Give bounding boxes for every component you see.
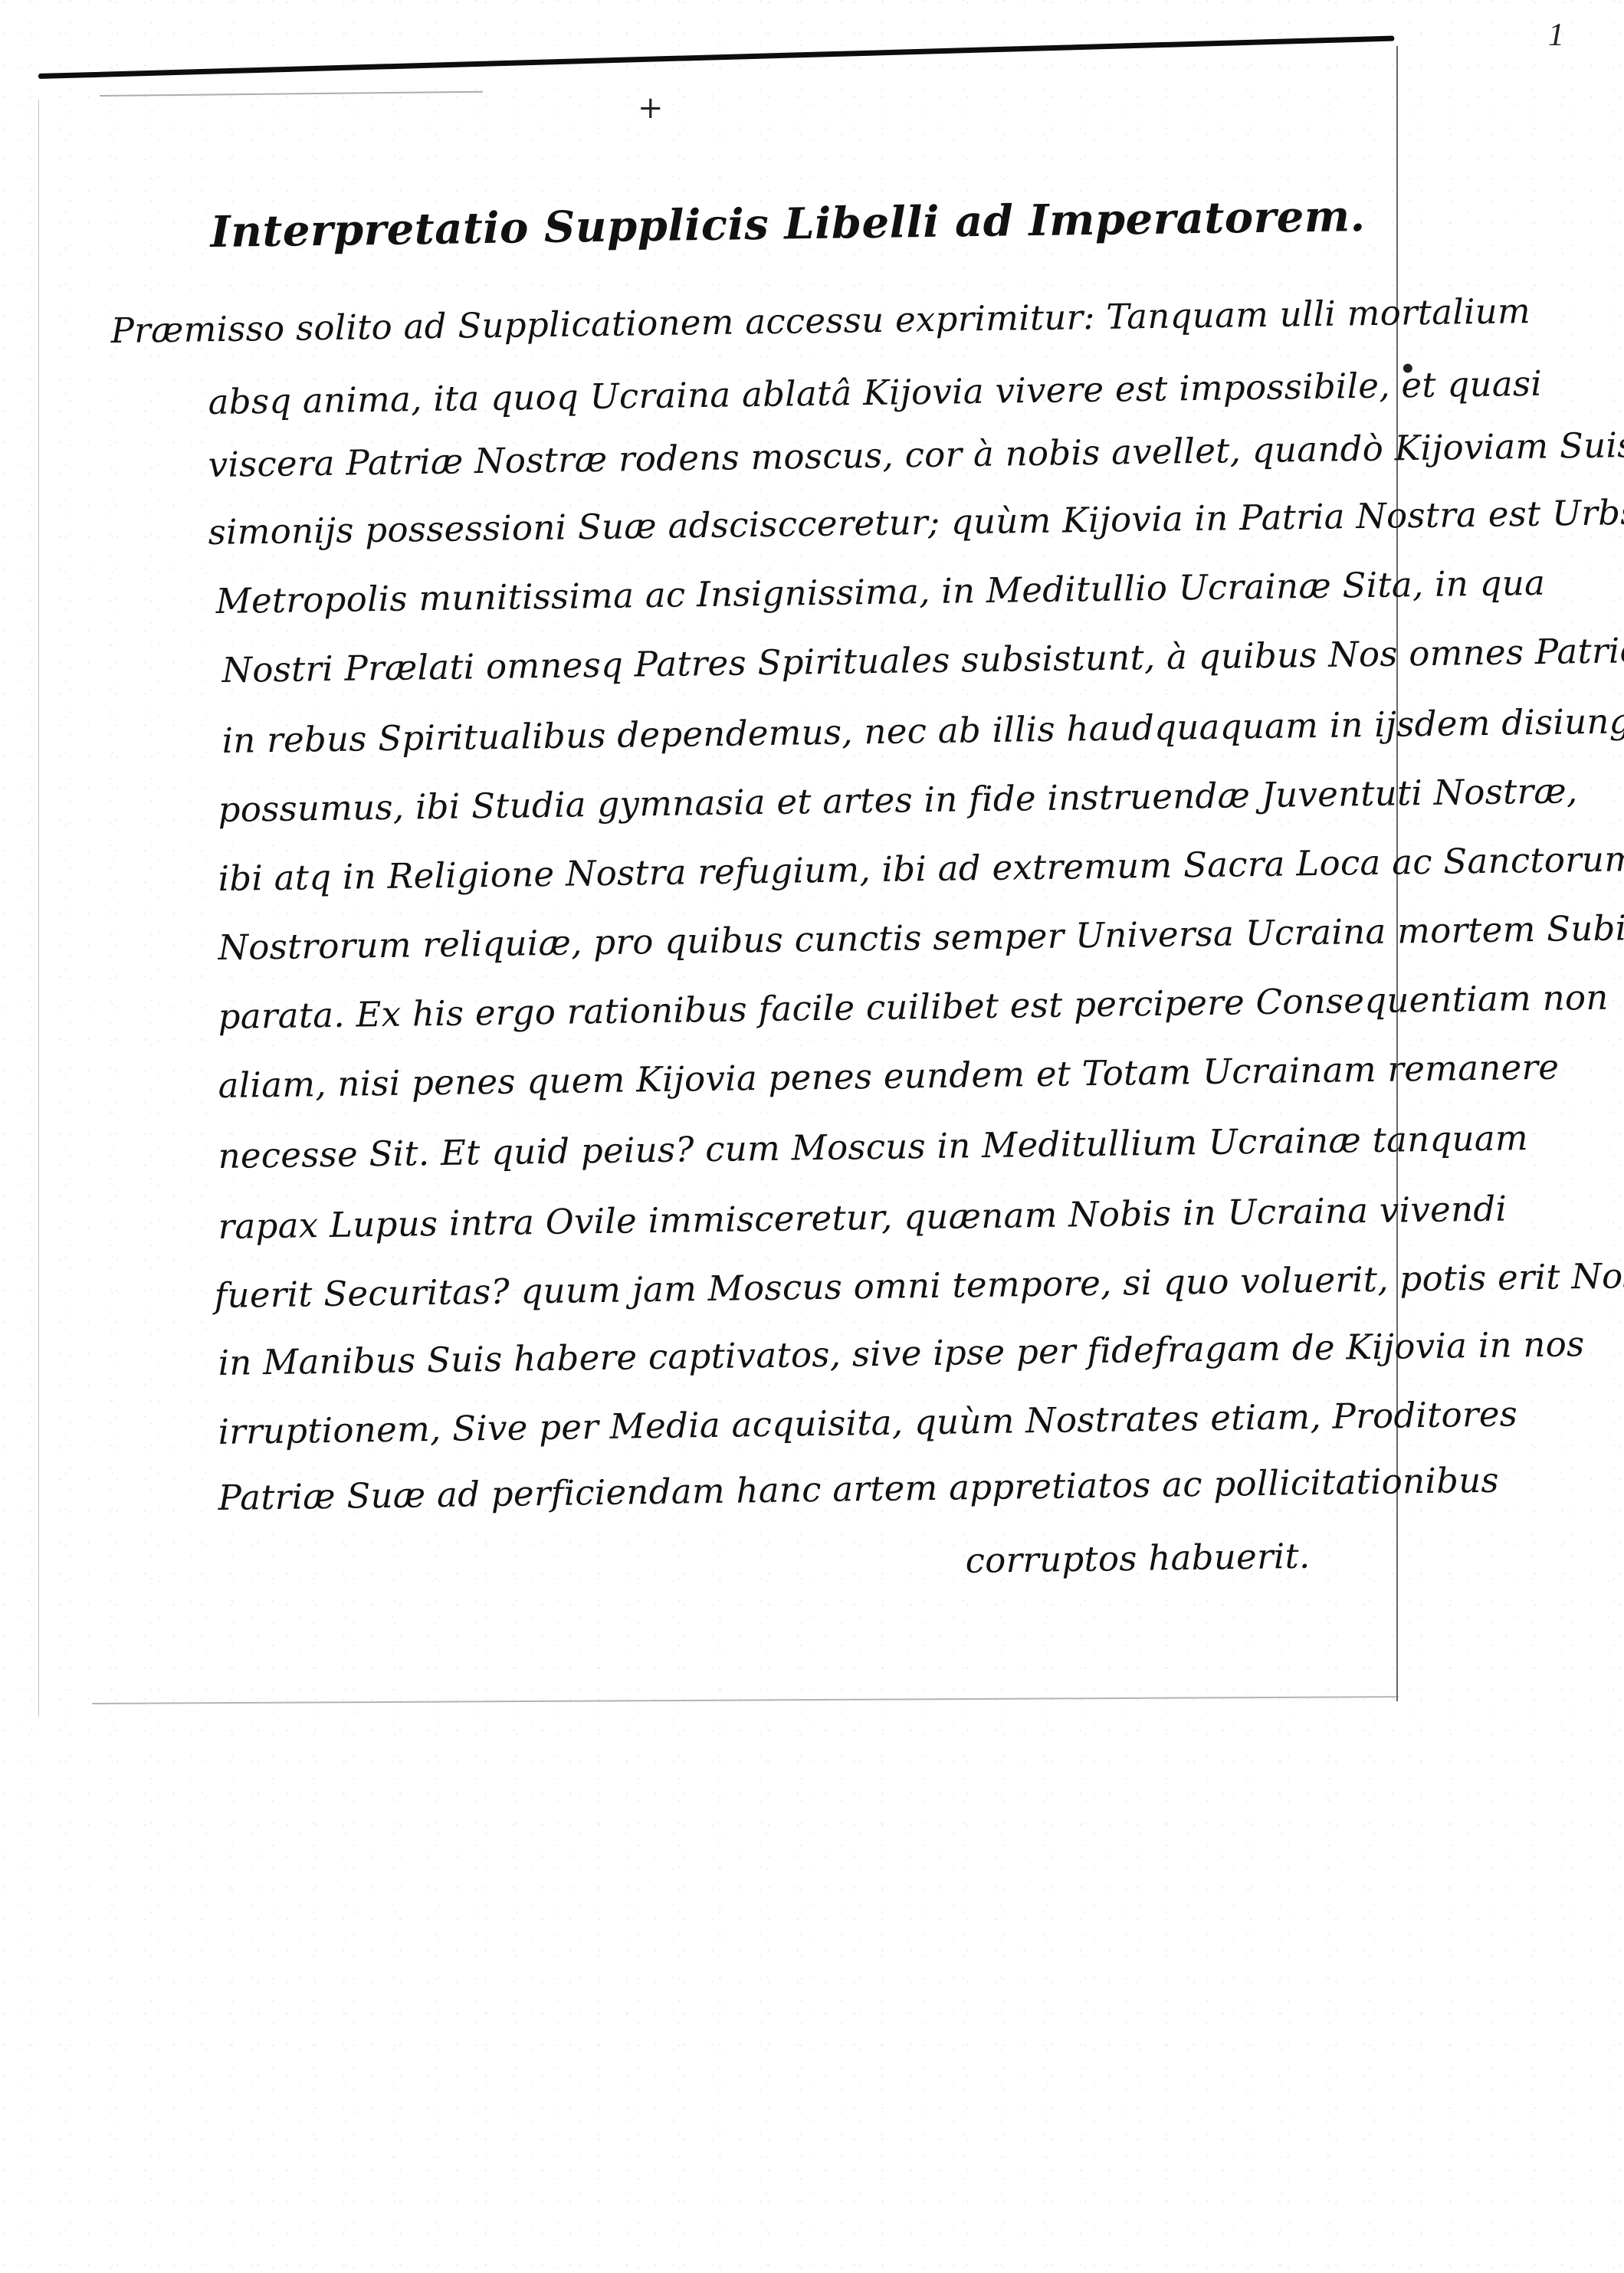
cross-mark: + bbox=[638, 90, 664, 126]
text-line: possumus, ibi Studia gymnasia et artes i… bbox=[218, 770, 1578, 830]
text-line: ibi atq in Religione Nostra refugium, ib… bbox=[218, 838, 1624, 899]
text-line: Metropolis munitissima ac Insignissima, … bbox=[215, 563, 1545, 622]
text-line: fuerit Securitas? quum jam Moscus omni t… bbox=[214, 1255, 1624, 1316]
text-line: in Manibus Suis habere captivatos, sive … bbox=[218, 1323, 1585, 1383]
page-left-edge bbox=[38, 100, 39, 1717]
text-line: absq anima, ita quoq Ucraina ablatâ Kijo… bbox=[208, 363, 1542, 422]
text-line: aliam, nisi penes quem Kijovia penes eun… bbox=[218, 1047, 1559, 1106]
text-line: Nostrorum reliquiæ, pro quibus cunctis s… bbox=[218, 907, 1624, 968]
page-bottom-edge bbox=[92, 1696, 1399, 1704]
folio-number: 1 bbox=[1548, 17, 1564, 54]
text-line: in rebus Spiritualibus dependemus, nec a… bbox=[221, 700, 1624, 761]
text-line: rapax Lupus intra Ovile immisceretur, qu… bbox=[218, 1189, 1507, 1247]
text-line: irruptionem, Sive per Media acquisita, q… bbox=[218, 1393, 1517, 1452]
text-line: necesse Sit. Et quid peius? cum Moscus i… bbox=[218, 1117, 1528, 1176]
top-rule-shadow bbox=[100, 91, 483, 97]
text-line: parata. Ex his ergo rationibus facile cu… bbox=[218, 977, 1609, 1037]
text-line-closing: corruptos habuerit. bbox=[965, 1536, 1311, 1581]
text-line: Præmisso solito ad Supplicationem access… bbox=[110, 290, 1530, 351]
top-rule bbox=[38, 36, 1395, 79]
text-line: simonijs possessioni Suæ adsciscceretur;… bbox=[208, 492, 1624, 553]
text-line: viscera Patriæ Nostræ rodens moscus, cor… bbox=[208, 424, 1624, 485]
document-title: Interpretatio Supplicis Libelli ad Imper… bbox=[210, 190, 1366, 257]
text-line: Patriæ Suæ ad perficiendam hanc artem ap… bbox=[218, 1460, 1499, 1518]
text-line: Nostri Prælati omnesq Patres Spirituales… bbox=[221, 629, 1624, 690]
